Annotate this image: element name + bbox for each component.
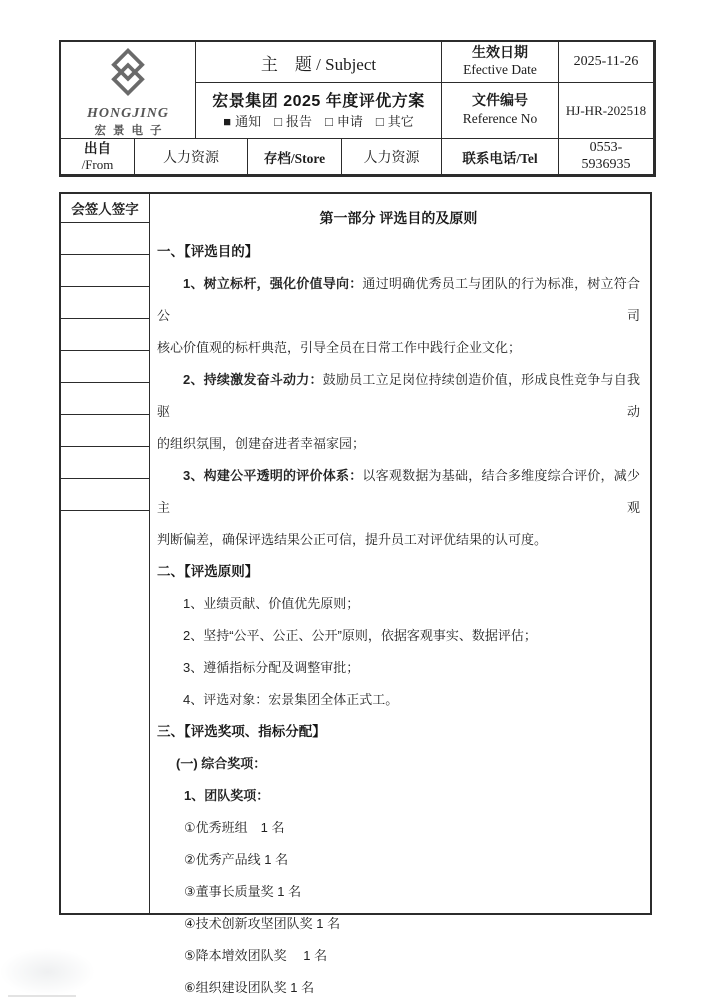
logo-company-subtitle: 宏景电子 [88, 122, 169, 138]
scanned-document-page: HONGJING 宏景电子 主 题 / Subject 生效日期 Efectiv… [0, 0, 707, 999]
principle-item: 4、评选对象：宏景集团全体正式工。 [157, 684, 640, 716]
from-label-en: /From [82, 157, 114, 173]
checkbox-empty-icon: □ [325, 115, 333, 128]
paragraph-line: 判断偏差，确保评选结果公正可信，提升员工对评优结果的认可度。 [157, 524, 640, 556]
paragraph-bold-prefix: 2、持续激发奋斗动力： [183, 372, 323, 387]
signature-space [61, 511, 149, 913]
subject-label-cell: 主 题 / Subject [196, 42, 442, 83]
signature-row [61, 255, 149, 287]
effective-date-label-cn: 生效日期 [472, 45, 528, 63]
signature-row [61, 479, 149, 511]
subject-title: 宏景集团 2025 年度评优方案 [212, 91, 425, 113]
section-3-heading: 三、【评选奖项、指标分配】 [157, 716, 640, 748]
award-category-heading: (一) 综合奖项： [176, 748, 640, 780]
tel-value-line1: 0553- [590, 140, 623, 157]
award-item: ③董事长质量奖 1 名 [184, 876, 640, 908]
countersign-column: 会签人签字 [61, 194, 150, 913]
reference-no-value-cell: HJ-HR-202518 [559, 83, 654, 139]
reference-no-label-cell: 文件编号 Reference No [442, 83, 559, 139]
paragraph-line: 3、构建公平透明的评价体系：以客观数据为基础，结合多维度综合评价，减少主观 [157, 460, 640, 524]
signature-row [61, 447, 149, 479]
principle-item: 2、坚持“公平、公正、公开”原则，依据客观事实、数据评估； [157, 620, 640, 652]
scan-artifact [8, 995, 76, 997]
award-item: ⑥组织建设团队奖 1 名 [184, 972, 640, 999]
doc-type-checkboxes: ■通知 □报告 □申请 □其它 [223, 113, 414, 131]
tel-label-cell: 联系电话/Tel [442, 139, 559, 175]
principle-item: 3、遵循指标分配及调整审批； [157, 652, 640, 684]
document-header-table: HONGJING 宏景电子 主 题 / Subject 生效日期 Efectiv… [59, 40, 656, 177]
checkbox-empty-icon: □ [376, 115, 384, 128]
signature-row [61, 351, 149, 383]
paragraph-line: 核心价值观的标杆典范，引导全员在日常工作中践行企业文化； [157, 332, 640, 364]
store-value-cell: 人力资源 [342, 139, 442, 175]
signature-row [61, 415, 149, 447]
award-item: ④技术创新攻坚团队奖 1 名 [184, 908, 640, 940]
countersign-title: 会签人签字 [61, 194, 149, 223]
signature-row [61, 223, 149, 255]
doc-type-request-label: 申请 [337, 113, 363, 131]
hongjing-logo-icon [100, 45, 156, 104]
paragraph-bold-prefix: 1、树立标杆，强化价值导向： [183, 276, 362, 291]
effective-date-value-cell: 2025-11-26 [559, 42, 654, 83]
paragraph-line: 的组织氛围，创建奋进者幸福家园； [157, 428, 640, 460]
paragraph-bold-prefix: 3、构建公平透明的评价体系： [183, 468, 362, 483]
from-value-cell: 人力资源 [135, 139, 248, 175]
paragraph-line: 2、持续激发奋斗动力：鼓励员工立足岗位持续创造价值，形成良性竞争与自我驱动 [157, 364, 640, 428]
signature-row [61, 319, 149, 351]
doc-type-notice: ■通知 [223, 113, 261, 131]
subject-label: 主 题 / Subject [261, 50, 376, 75]
document-body-table: 会签人签字 第一部分 评选目的及原则 一、【评选目的】 1、树立标杆，强化价值导… [59, 192, 652, 915]
effective-date-value: 2025-11-26 [574, 54, 639, 70]
award-item: ①优秀班组 1 名 [184, 812, 640, 844]
scan-artifact [0, 948, 95, 996]
document-content-area: 第一部分 评选目的及原则 一、【评选目的】 1、树立标杆，强化价值导向：通过明确… [150, 194, 650, 913]
reference-no-label-en: Reference No [463, 111, 538, 128]
doc-type-other: □其它 [376, 113, 414, 131]
doc-type-notice-label: 通知 [235, 113, 261, 131]
checkbox-empty-icon: □ [274, 115, 282, 128]
logo-company-name: HONGJING [87, 106, 169, 122]
from-value: 人力资源 [163, 147, 219, 167]
effective-date-label-en: Efective Date [463, 62, 537, 79]
tel-label: 联系电话/Tel [462, 147, 537, 167]
section-1-heading: 一、【评选目的】 [157, 236, 640, 268]
doc-type-report: □报告 [274, 113, 312, 131]
store-label-cell: 存档/Store [248, 139, 342, 175]
from-label-cn: 出自 [84, 141, 111, 157]
store-value: 人力资源 [364, 147, 420, 167]
award-item: ⑤降本增效团队奖 1 名 [184, 940, 640, 972]
signature-row [61, 383, 149, 415]
award-item: ②优秀产品线 1 名 [184, 844, 640, 876]
reference-no-value: HJ-HR-202518 [566, 103, 646, 119]
principle-item: 1、业绩贡献、价值优先原则； [157, 588, 640, 620]
subject-title-cell: 宏景集团 2025 年度评优方案 ■通知 □报告 □申请 □其它 [196, 83, 442, 139]
store-label: 存档/Store [264, 147, 325, 167]
tel-value-cell: 0553- 5936935 [559, 139, 654, 175]
doc-type-request: □申请 [325, 113, 363, 131]
company-logo-cell: HONGJING 宏景电子 [61, 42, 196, 139]
part-title: 第一部分 评选目的及原则 [157, 200, 640, 236]
doc-type-other-label: 其它 [388, 113, 414, 131]
signature-row [61, 287, 149, 319]
paragraph-line: 1、树立标杆，强化价值导向：通过明确优秀员工与团队的行为标准，树立符合公司 [157, 268, 640, 332]
tel-value-line2: 5936935 [582, 157, 631, 174]
reference-no-label-cn: 文件编号 [472, 93, 528, 111]
effective-date-label-cell: 生效日期 Efective Date [442, 42, 559, 83]
checkbox-filled-icon: ■ [223, 115, 231, 128]
from-label-cell: 出自 /From [61, 139, 135, 175]
section-2-heading: 二、【评选原则】 [157, 556, 640, 588]
doc-type-report-label: 报告 [286, 113, 312, 131]
award-group-heading: 1、团队奖项： [184, 780, 640, 812]
